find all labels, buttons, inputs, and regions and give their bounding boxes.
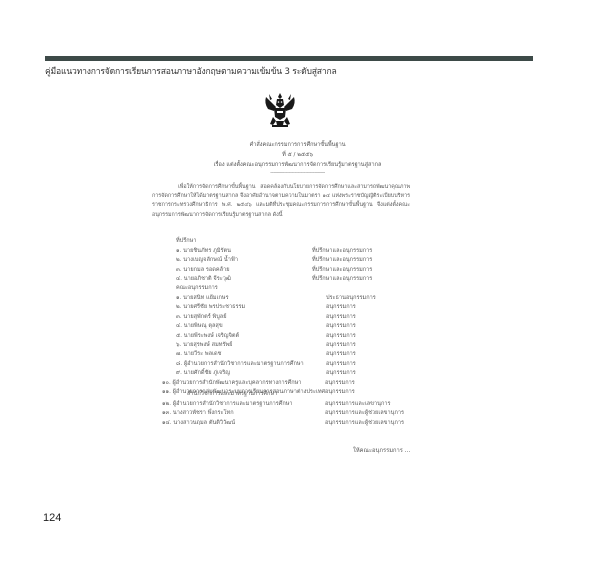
member-role: อนุกรรมการและเลขานุการ (325, 400, 391, 408)
member-name: ๑. นายสนิท แย้มเกษร (176, 294, 229, 302)
order-body: เพื่อให้การจัดการศึกษาขั้นพื้นฐาน สอดคล้… (152, 183, 410, 220)
member-row: ๓. นายสุพักตร์ พิบูลย์อนุกรรมการ (176, 313, 426, 322)
member-row: ๑๔. นางสาวนฤมล ตันติวิวัฒน์อนุกรรมการและ… (162, 419, 412, 428)
committee-label: คณะอนุกรรมการ (176, 284, 218, 292)
order-number: ที่ ๕ / ๒๕๕๖ (0, 151, 595, 159)
member-row: ๗. นายวีระ พลเดชอนุกรรมการ (176, 350, 426, 359)
member-name: ๒. นายศรีชัย พรประชาธรรม (176, 303, 245, 311)
member-role: อนุกรรมการ (326, 369, 356, 377)
member-name: ๓. นายสุพักตร์ พิบูลย์ (176, 313, 226, 321)
advisors-label: ที่ปรึกษา (176, 237, 196, 245)
member-name: ๑๓. นางสาวพัชรา พึ่งกระโทก (162, 409, 234, 417)
member-row: ๙. นายศักดิ์ชัย ภู่เจริญอนุกรรมการ (176, 369, 426, 378)
member-name: ๘. ผู้อำนวยการสำนักวิชาการและมาตรฐานการศ… (176, 360, 304, 368)
member-role: ที่ปรึกษาและอนุกรรมการ (312, 266, 372, 274)
member-name: ๑๐. ผู้อำนวยการสำนักพัฒนาครูและบุคลากรทา… (162, 379, 301, 387)
member-row: ๔. นายพิษณุ ตุลสุขอนุกรรมการ (176, 322, 426, 331)
member-row: ๒. นางเบญจลักษณ์ น้ำฟ้าที่ปรึกษาและอนุกร… (176, 256, 426, 265)
member-row: ๕. นายพีระพงษ์ เจริญจิตต์อนุกรรมการ (176, 332, 426, 341)
member-row: ๓. นายกมล รอดคล้ายที่ปรึกษาและอนุกรรมการ (176, 266, 426, 275)
member-name: ๗. นายวีระ พลเดช (176, 350, 221, 358)
order-issuer: คำสั่งคณะกรรมการการศึกษาขั้นพื้นฐาน (0, 141, 595, 149)
member-role: อนุกรรมการ (326, 322, 356, 330)
member-role: อนุกรรมการและผู้ช่วยเลขานุการ (325, 409, 404, 417)
member-row: ๒. นายศรีชัย พรประชาธรรมอนุกรรมการ (176, 303, 426, 312)
member-name: ๔. นายพิษณุ ตุลสุข (176, 322, 223, 330)
member-role: อนุกรรมการ (326, 350, 356, 358)
order-body-text: เพื่อให้การจัดการศึกษาขั้นพื้นฐาน สอดคล้… (152, 184, 410, 218)
member-role: ที่ปรึกษาและอนุกรรมการ (312, 275, 372, 283)
member-role: อนุกรรมการ (325, 379, 355, 387)
member-name: ๑๒. ผู้อำนวยการสำนักวิชาการและมาตรฐานการ… (162, 400, 293, 408)
page-number: 124 (43, 512, 61, 524)
member-role: ประธานอนุกรรมการ (326, 294, 376, 302)
member-name: ๓. นายกมล รอดคล้าย (176, 266, 230, 274)
member-row: ๖. นายสุรพงษ์ สมทรัพย์อนุกรรมการ (176, 341, 426, 350)
member-row: ๑๐. ผู้อำนวยการสำนักพัฒนาครูและบุคลากรทา… (162, 379, 412, 388)
member-name: ๙. นายศักดิ์ชัย ภู่เจริญ (176, 369, 230, 377)
member-name: ๕. นายพีระพงษ์ เจริญจิตต์ (176, 332, 239, 340)
member-name: ๑๔. นางสาวนฤมล ตันติวิวัฒน์ (162, 419, 235, 427)
member-row: ๑๒. ผู้อำนวยการสำนักวิชาการและมาตรฐานการ… (162, 400, 412, 409)
member-role: อนุกรรมการ (326, 303, 356, 311)
member-row: ๑๓. นางสาวพัชรา พึ่งกระโทกอนุกรรมการและผ… (162, 409, 412, 418)
member-name: ๒. นางเบญจลักษณ์ น้ำฟ้า (176, 256, 238, 264)
scanned-order-document: คำสั่งคณะกรรมการการศึกษาขั้นพื้นฐาน ที่ … (0, 0, 595, 567)
member-role: ที่ปรึกษาและอนุกรรมการ (312, 247, 372, 255)
member-name: ๑. นายชินภัทร ภูมิรัตน (176, 247, 231, 255)
member-role: อนุกรรมการและผู้ช่วยเลขานุการ (325, 419, 404, 427)
order-separator: ------------------------------------ (0, 170, 595, 176)
sub-note-text: สำนักวิชาการและมาตรฐานการศึกษา (187, 390, 277, 398)
member-role: อนุกรรมการ (326, 332, 356, 340)
continuation-text: ให้คณะอนุกรรมการ ... (353, 445, 410, 455)
member-role: อนุกรรมการ (326, 341, 356, 349)
sub-note: สำนักวิชาการและมาตรฐานการศึกษา (187, 390, 437, 399)
member-role: ที่ปรึกษาและอนุกรรมการ (312, 256, 372, 264)
member-row: ๑. นายชินภัทร ภูมิรัตนที่ปรึกษาและอนุกรร… (176, 247, 426, 256)
member-role: อนุกรรมการ (326, 313, 356, 321)
member-row: ๔. นายอภิชาติ จีระวุฒิที่ปรึกษาและอนุกรร… (176, 275, 426, 284)
member-name: ๖. นายสุรพงษ์ สมทรัพย์ (176, 341, 232, 349)
order-subject: เรื่อง แต่งตั้งคณะอนุกรรมการพัฒนาการจัดก… (0, 161, 595, 169)
member-name: ๔. นายอภิชาติ จีระวุฒิ (176, 275, 231, 283)
member-row: ๑. นายสนิท แย้มเกษรประธานอนุกรรมการ (176, 294, 426, 303)
member-row: ๘. ผู้อำนวยการสำนักวิชาการและมาตรฐานการศ… (176, 360, 426, 369)
member-role: อนุกรรมการ (326, 360, 356, 368)
